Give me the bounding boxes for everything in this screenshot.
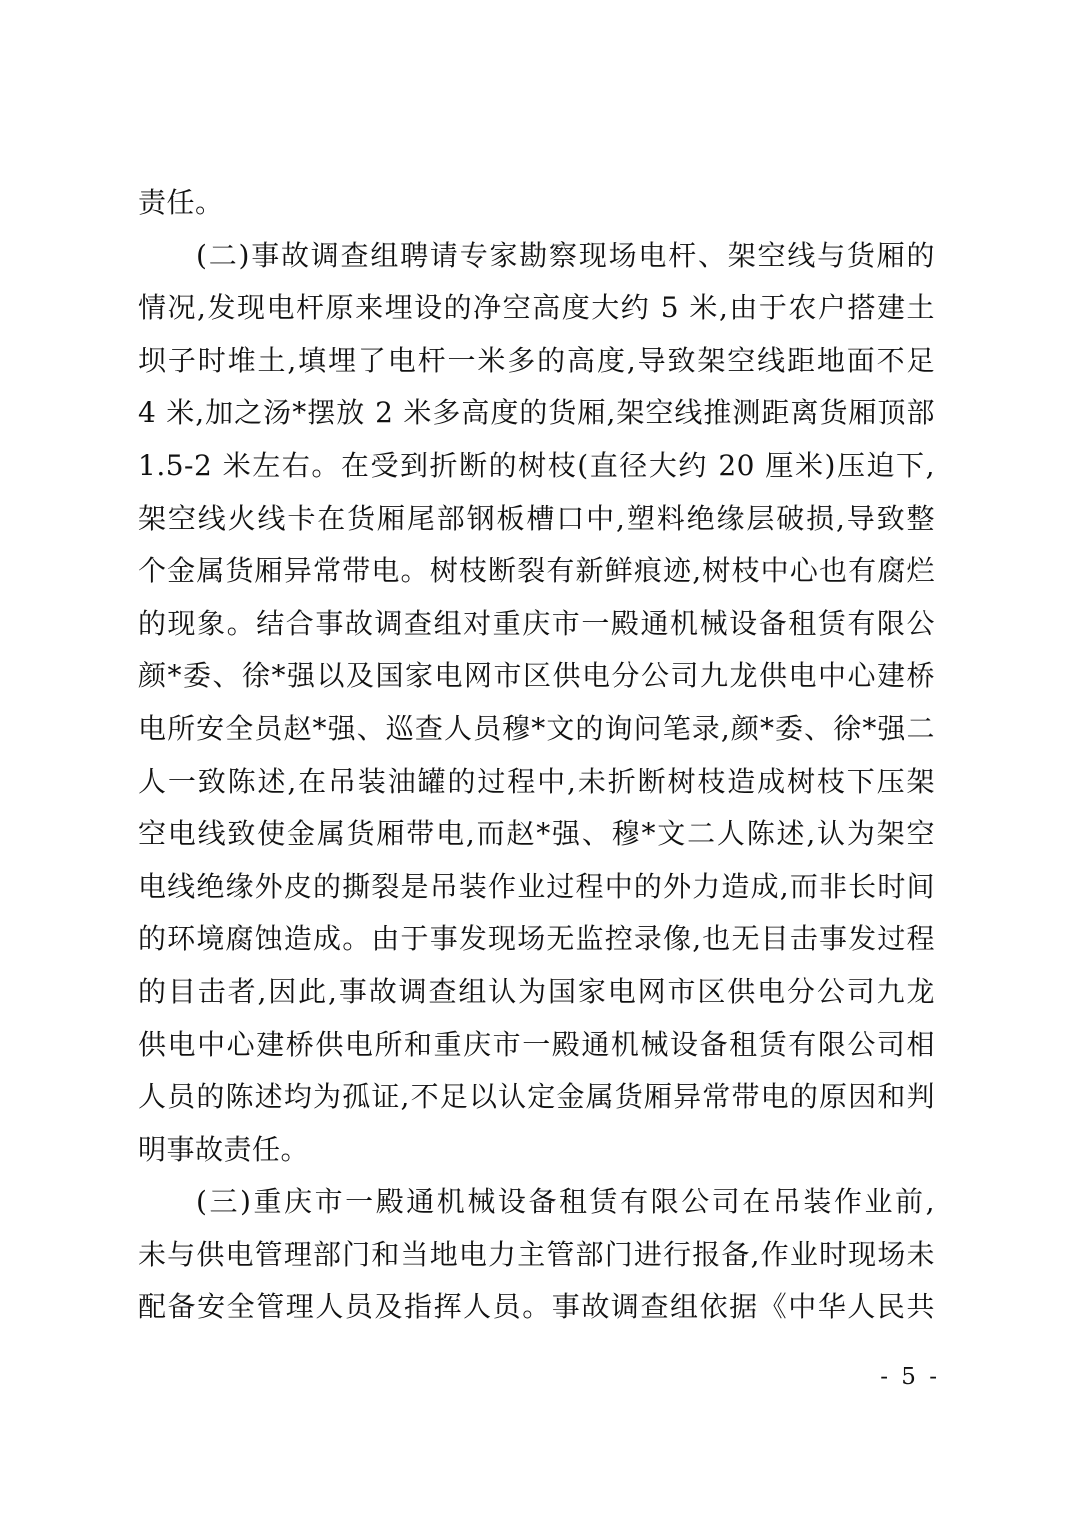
- text-line: 1.5-2 米左右。在受到折断的树枝(直径大约 20 厘米)压迫下,: [138, 440, 935, 493]
- text-line: 架空线火线卡在货厢尾部钢板槽口中,塑料绝缘层破损,导致整: [138, 493, 935, 546]
- text-line: 未与供电管理部门和当地电力主管部门进行报备,作业时现场未: [138, 1229, 935, 1282]
- text-line: (二)事故调查组聘请专家勘察现场电杆、架空线与货厢的: [138, 230, 935, 283]
- text-line: 个金属货厢异常带电。树枝断裂有新鲜痕迹,树枝中心也有腐烂: [138, 545, 935, 598]
- document-body: 责任。(二)事故调查组聘请专家勘察现场电杆、架空线与货厢的情况,发现电杆原来埋设…: [138, 177, 935, 1334]
- text-line: 电线绝缘外皮的撕裂是吊装作业过程中的外力造成,而非长时间: [138, 861, 935, 914]
- text-line: 4 米,加之汤*摆放 2 米多高度的货厢,架空线推测距离货厢顶部: [138, 387, 935, 440]
- text-line: 的现象。结合事故调查组对重庆市一殿通机械设备租赁有限公司: [138, 598, 935, 651]
- text-line: 情况,发现电杆原来埋设的净空高度大约 5 米,由于农户搭建土: [138, 282, 935, 335]
- text-line: 颜*委、徐*强以及国家电网市区供电分公司九龙供电中心建桥供: [138, 650, 935, 703]
- text-line: 的环境腐蚀造成。由于事发现场无监控录像,也无目击事发过程: [138, 913, 935, 966]
- text-line: 坝子时堆土,填埋了电杆一米多的高度,导致架空线距地面不足: [138, 335, 935, 388]
- text-line: 的目击者,因此,事故调查组认为国家电网市区供电分公司九龙: [138, 966, 935, 1019]
- text-line: (三)重庆市一殿通机械设备租赁有限公司在吊装作业前,: [138, 1176, 935, 1229]
- text-line: 空电线致使金属货厢带电,而赵*强、穆*文二人陈述,认为架空: [138, 808, 935, 861]
- text-line: 配备安全管理人员及指挥人员。事故调查组依据《中华人民共和: [138, 1281, 935, 1334]
- page-number: - 5 -: [880, 1364, 940, 1390]
- text-line: 电所安全员赵*强、巡查人员穆*文的询问笔录,颜*委、徐*强二: [138, 703, 935, 756]
- text-line: 责任。: [138, 177, 935, 230]
- text-line: 人一致陈述,在吊装油罐的过程中,未折断树枝造成树枝下压架: [138, 756, 935, 809]
- text-line: 供电中心建桥供电所和重庆市一殿通机械设备租赁有限公司相关: [138, 1019, 935, 1072]
- text-line: 人员的陈述均为孤证,不足以认定金属货厢异常带电的原因和判: [138, 1071, 935, 1124]
- text-line: 明事故责任。: [138, 1124, 935, 1177]
- document-page: 责任。(二)事故调查组聘请专家勘察现场电杆、架空线与货厢的情况,发现电杆原来埋设…: [0, 0, 1074, 1520]
